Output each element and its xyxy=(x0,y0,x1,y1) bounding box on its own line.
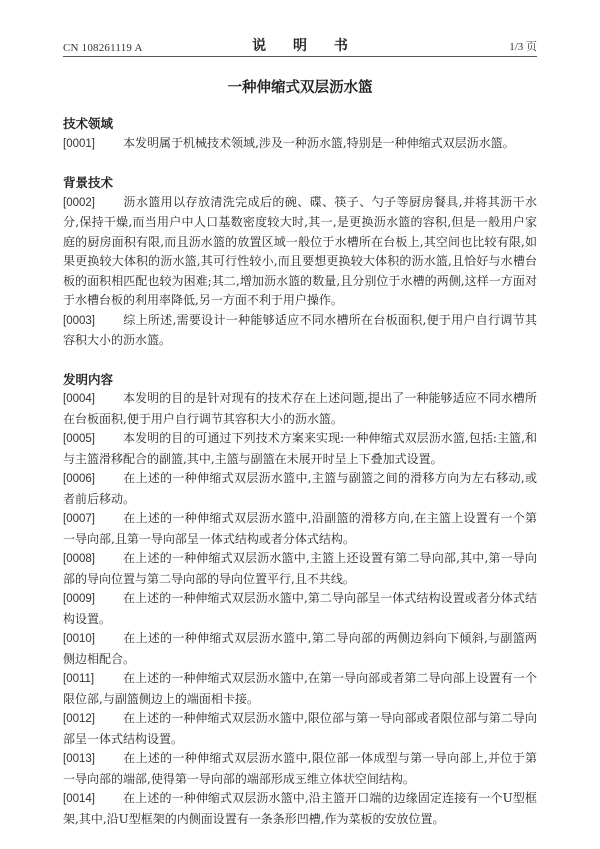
paragraph-text: 综上所述,需要设计一种能够适应不同水槽所在台板面积,便于用户自行调节其容积大小的… xyxy=(63,313,537,348)
paragraph: [0006]在上述的一种伸缩式双层沥水篮中,主篮与副篮之间的滑移方向为左右移动,… xyxy=(63,469,537,509)
paragraph: [0011]在上述的一种伸缩式双层沥水篮中,在第一导向部或者第二导向部上设置有一… xyxy=(63,669,537,709)
paragraph-text: 本发明属于机械技术领域,涉及一种沥水篮,特别是一种伸缩式双层沥水篮。 xyxy=(123,136,515,150)
page-number: 3 xyxy=(0,774,600,786)
paragraph-number: [0005] xyxy=(63,430,123,450)
page-indicator: 1/3 页 xyxy=(509,38,537,54)
paragraph-text: 在上述的一种伸缩式双层沥水篮中,第二导向部呈一体式结构设置或者分体式结构设置。 xyxy=(63,591,537,626)
paragraph-number: [0012] xyxy=(63,710,123,730)
paragraph-text: 在上述的一种伸缩式双层沥水篮中,沿副篮的滑移方向,在主篮上设置有一个第一导向部,… xyxy=(63,511,537,546)
paragraph-number: [0010] xyxy=(63,630,123,650)
paragraph-number: [0009] xyxy=(63,590,123,610)
paragraph-number: [0003] xyxy=(63,312,123,332)
document-body: 技术领域 [0001]本发明属于机械技术领域,涉及一种沥水篮,特别是一种伸缩式双… xyxy=(63,114,537,829)
paragraph: [0003]综上所述,需要设计一种能够适应不同水槽所在台板面积,便于用户自行调节… xyxy=(63,311,537,351)
paragraph-number: [0013] xyxy=(63,750,123,770)
section-heading-background: 背景技术 xyxy=(63,173,537,193)
paragraph: [0001]本发明属于机械技术领域,涉及一种沥水篮,特别是一种伸缩式双层沥水篮。 xyxy=(63,134,537,155)
paragraph: [0012]在上述的一种伸缩式双层沥水篮中,限位部与第一导向部或者限位部与第二导… xyxy=(63,709,537,749)
paragraph-number: [0014] xyxy=(63,790,123,810)
paragraph: [0009]在上述的一种伸缩式双层沥水篮中,第二导向部呈一体式结构设置或者分体式… xyxy=(63,589,537,629)
paragraph-number: [0007] xyxy=(63,510,123,530)
paragraph-text: 本发明的目的是针对现有的技术存在上述问题,提出了一种能够适应不同水槽所在台板面积… xyxy=(63,391,537,426)
paragraph: [0005]本发明的目的可通过下列技术方案来实现:一种伸缩式双层沥水篮,包括:主… xyxy=(63,429,537,469)
paragraph-number: [0008] xyxy=(63,550,123,570)
paragraph-number: [0004] xyxy=(63,390,123,410)
section-heading-summary: 发明内容 xyxy=(63,370,537,390)
paragraph-text: 在上述的一种伸缩式双层沥水篮中,主篮与副篮之间的滑移方向为左右移动,或者前后移动… xyxy=(63,471,537,506)
paragraph-text: 在上述的一种伸缩式双层沥水篮中,沿主篮开口端的边缘固定连接有一个U型框架,其中,… xyxy=(63,791,537,826)
paragraph: [0008]在上述的一种伸缩式双层沥水篮中,主篮上还设置有第二导向部,其中,第一… xyxy=(63,549,537,589)
paragraph-text: 在上述的一种伸缩式双层沥水篮中,在第一导向部或者第二导向部上设置有一个限位部,与… xyxy=(63,671,537,706)
paragraph: [0004]本发明的目的是针对现有的技术存在上述问题,提出了一种能够适应不同水槽… xyxy=(63,389,537,429)
paragraph-text: 本发明的目的可通过下列技术方案来实现:一种伸缩式双层沥水篮,包括:主篮,和与主篮… xyxy=(63,431,537,466)
paragraph-text: 在上述的一种伸缩式双层沥水篮中,第二导向部的两侧边斜向下倾斜,与副篮两侧边相配合… xyxy=(63,631,537,666)
paragraph-text: 沥水篮用以存放清洗完成后的碗、碟、筷子、勺子等厨房餐具,并将其沥干水分,保持干燥… xyxy=(63,195,537,308)
paragraph-number: [0006] xyxy=(63,470,123,490)
paragraph: [0002]沥水篮用以存放清洗完成后的碗、碟、筷子、勺子等厨房餐具,并将其沥干水… xyxy=(63,193,537,311)
patent-title: 一种伸缩式双层沥水篮 xyxy=(63,76,537,97)
paragraph-text: 在上述的一种伸缩式双层沥水篮中,限位部与第一导向部或者限位部与第二导向部呈一体式… xyxy=(63,711,537,746)
paragraph: [0014]在上述的一种伸缩式双层沥水篮中,沿主篮开口端的边缘固定连接有一个U型… xyxy=(63,789,537,829)
paragraph-text: 在上述的一种伸缩式双层沥水篮中,主篮上还设置有第二导向部,其中,第一导向部的导向… xyxy=(63,551,537,586)
paragraph: [0010]在上述的一种伸缩式双层沥水篮中,第二导向部的两侧边斜向下倾斜,与副篮… xyxy=(63,629,537,669)
page-header: CN 108261119 A 说 明 书 1/3 页 xyxy=(63,34,537,57)
document-type: 说 明 书 xyxy=(63,35,537,55)
paragraph: [0007]在上述的一种伸缩式双层沥水篮中,沿副篮的滑移方向,在主篮上设置有一个… xyxy=(63,509,537,549)
section-heading-technical-field: 技术领域 xyxy=(63,114,537,134)
paragraph-number: [0011] xyxy=(63,670,123,690)
paragraph-number: [0001] xyxy=(63,135,123,155)
paragraph-number: [0002] xyxy=(63,194,123,214)
